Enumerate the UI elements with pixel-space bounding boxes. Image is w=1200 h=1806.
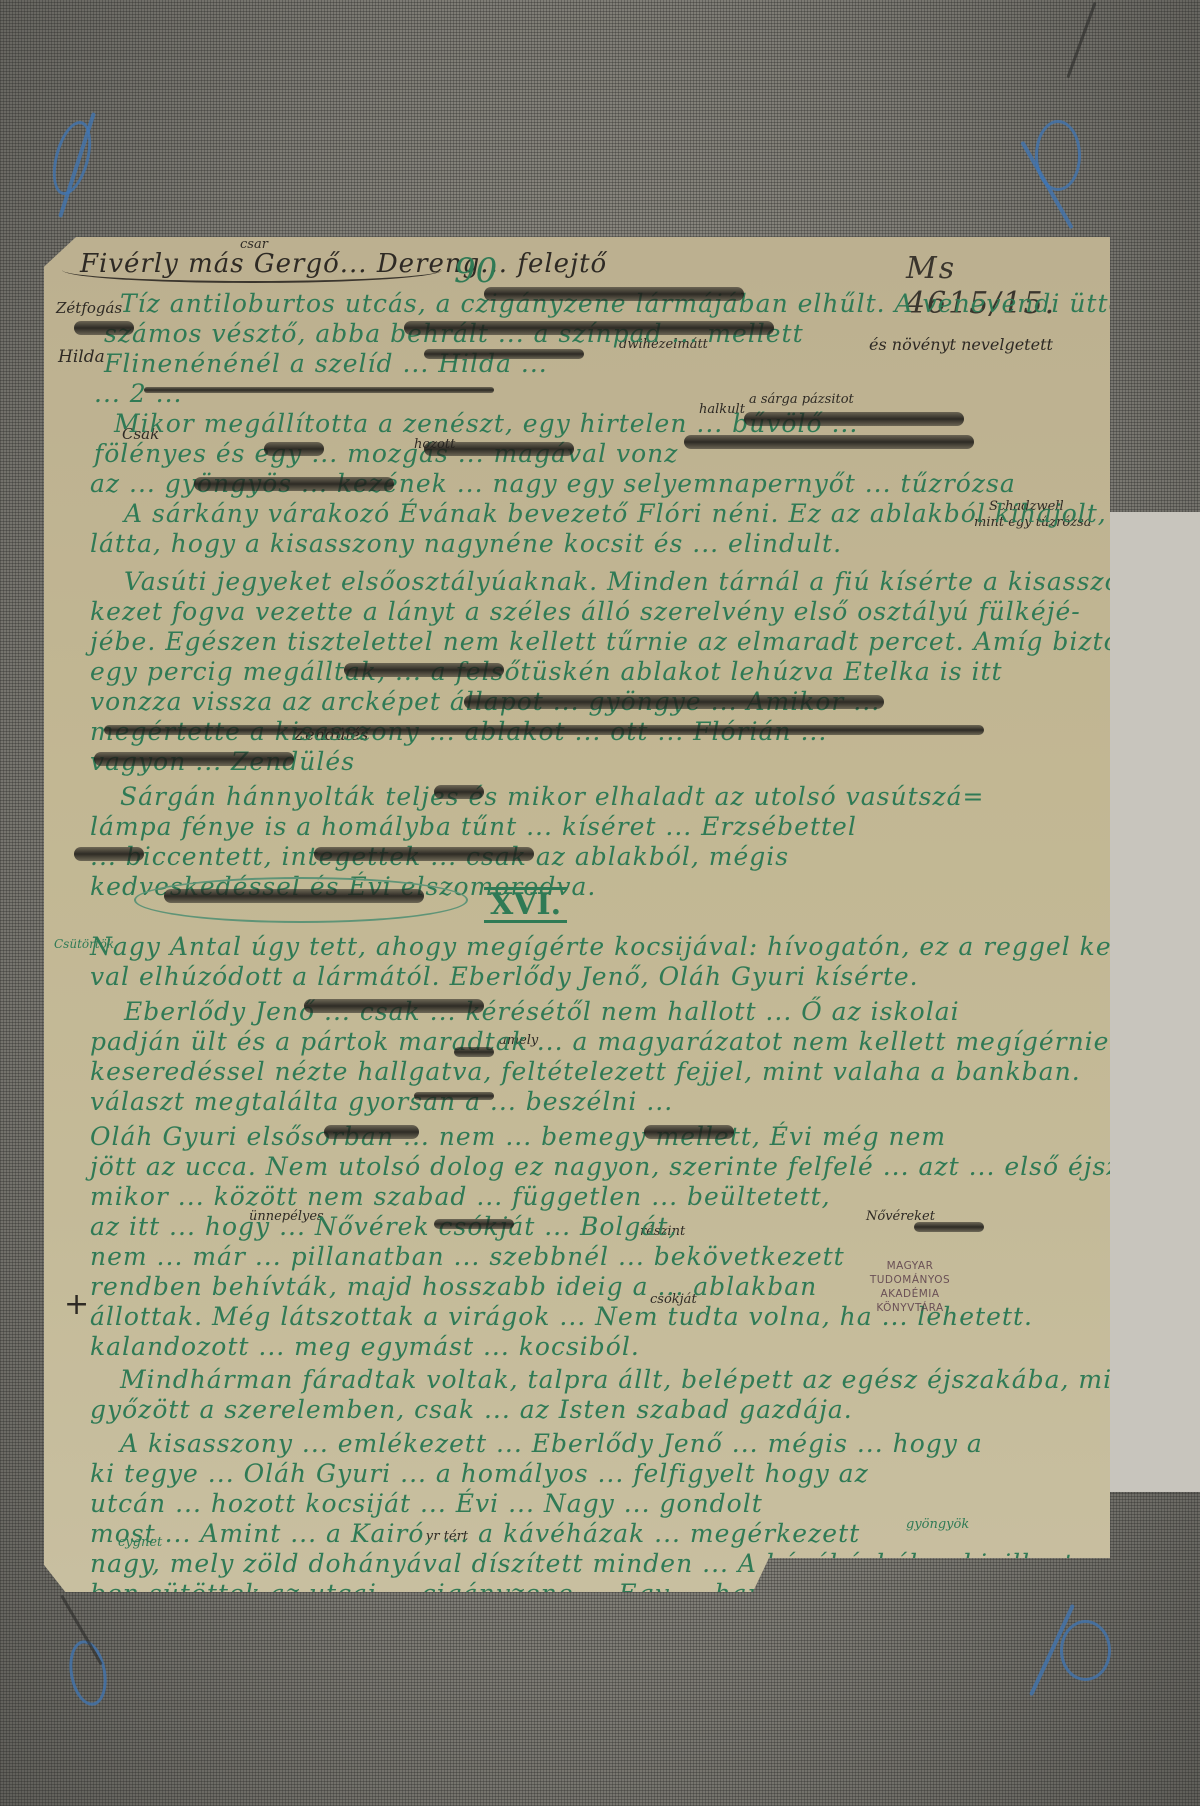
strike-through xyxy=(404,321,774,335)
blue-crayon-corner-mark-bottom-right xyxy=(1060,1620,1111,1681)
plus-insertion-mark: + xyxy=(64,1287,89,1322)
heading-underline xyxy=(62,257,442,283)
strike-through xyxy=(454,1657,574,1671)
interlinear-note: gyöngyök xyxy=(906,1517,969,1532)
strike-through xyxy=(424,442,574,456)
text-line: rendben behívták, majd hosszabb ideig a … xyxy=(90,1272,817,1301)
text-line: keseredéssel nézte hallgatva, feltételez… xyxy=(90,1057,1081,1086)
blue-crayon-corner-mark-bottom-left xyxy=(65,1637,112,1708)
text-line: padján ült és a pártok maradtak ... a ma… xyxy=(90,1027,1192,1056)
stamp-line-2: TUDOMÁNYOS AKADÉMIA xyxy=(840,1273,980,1301)
strike-through xyxy=(684,435,974,449)
strike-through xyxy=(164,889,424,903)
text-line: nagy, mely zöld dohányával díszített min… xyxy=(90,1549,1084,1578)
margin-note: Hilda xyxy=(58,347,105,367)
text-line: látta, hogy a kisasszony nagynéne kocsit… xyxy=(90,529,842,558)
chapter-number: XVI. xyxy=(484,887,567,923)
library-stamp: MAGYAR TUDOMÁNYOS AKADÉMIA KÖNYVTÁRA xyxy=(840,1259,980,1315)
margin-note: Zétfogás xyxy=(56,299,122,317)
page-number: 90 xyxy=(454,251,497,291)
strike-through xyxy=(344,663,504,677)
strike-through xyxy=(264,442,324,456)
strike-through xyxy=(434,785,484,799)
strike-through xyxy=(74,847,144,861)
strike-through xyxy=(414,1092,494,1100)
text-line: mikor ... között nem szabad ... függetle… xyxy=(90,1182,831,1211)
text-line: most ... Amint ... a Kairó, ... a kávéhá… xyxy=(90,1519,860,1548)
strike-through xyxy=(144,387,494,393)
text-line: Eberlődy Jenő ... csak ... kérésétől nem… xyxy=(124,997,960,1026)
interlinear-note: és növényt nevelgetett xyxy=(869,335,1053,354)
text-line: A kisasszony ... emlékezett ... Eberlődy… xyxy=(120,1429,983,1458)
strike-through xyxy=(424,349,584,359)
strike-through xyxy=(304,999,484,1013)
text-line: nem ... már ... pillanatban ... szebbnél… xyxy=(90,1242,845,1271)
text-line: ... 2 ... xyxy=(94,379,182,408)
text-line: egy percig megálltak, ... a felsőtüskén … xyxy=(90,657,1003,686)
strike-through xyxy=(94,752,294,766)
interlinear-note: a sárga pázsitot xyxy=(749,392,854,407)
text-line: jébe. Egészen tisztelettel nem kellett t… xyxy=(90,627,1194,656)
text-line: kezet fogva vezette a lányt a széles áll… xyxy=(90,597,1081,626)
strike-through xyxy=(384,1622,424,1640)
stamp-line-1: MAGYAR xyxy=(840,1259,980,1273)
strike-through xyxy=(744,412,964,426)
strike-through xyxy=(464,695,884,709)
strike-through xyxy=(484,287,744,301)
text-line: jött az ucca. Nem utolsó dolog ez nagyon… xyxy=(90,1152,1177,1181)
text-line: választ megtalálta gyorsan a ... beszéln… xyxy=(90,1087,673,1116)
text-line: az itt ... hogy ... Nővérek csókját ... … xyxy=(90,1212,677,1241)
strike-through xyxy=(454,1047,494,1057)
strike-through xyxy=(104,725,984,735)
text-line: fáklya felsőrészét gyertyái ... villáglo… xyxy=(90,1639,762,1668)
text-line: ben sütöttek az utcai ... cigányzene ...… xyxy=(90,1579,1060,1608)
strike-through xyxy=(194,477,394,491)
text-line: Vasúti jegyeket elsőosztályúaknak. Minde… xyxy=(124,567,1198,596)
manuscript-page: Fivérly más Gergő... Dereng... felejtő c… xyxy=(44,237,1110,1592)
text-line: utcán ... hozott kocsiját ... Évi ... Na… xyxy=(90,1489,763,1518)
text-line: a ... pillanatban ... mint ... a ... Évi… xyxy=(90,1609,719,1638)
text-line: Mindhárman fáradtak voltak, talpra állt,… xyxy=(120,1365,1196,1394)
strike-through xyxy=(914,1222,984,1232)
strike-through xyxy=(644,1125,734,1139)
strike-through xyxy=(324,1125,419,1139)
stamp-line-3: KÖNYVTÁRA xyxy=(840,1301,980,1315)
text-line: lámpa fénye is a homályba tűnt ... kísér… xyxy=(90,812,857,841)
text-line: kalandozott ... meg egymást ... kocsiból… xyxy=(90,1332,640,1361)
text-line: fölényes és egy ... mozgás ... magával v… xyxy=(94,439,678,468)
text-line: győzött a szerelemben, csak ... az Isten… xyxy=(90,1395,853,1424)
text-line: Oláh Gyuri elsősorban ... nem ... bemegy… xyxy=(90,1122,946,1151)
pencil-stroke-top-right xyxy=(1066,2,1096,78)
text-line: val elhúzódott a lármától. Eberlődy Jenő… xyxy=(90,962,919,991)
text-line: A sárkány várakozó Évának bevezető Flóri… xyxy=(124,499,1107,528)
strike-through xyxy=(314,847,534,861)
text-line: Sárgán hánnyolták teljes és mikor elhala… xyxy=(120,782,985,811)
text-line: ki tegye ... Oláh Gyuri ... a homályos .… xyxy=(90,1459,869,1488)
text-line: Nagy Antal úgy tett, ahogy megígérte koc… xyxy=(90,932,1200,961)
strike-through xyxy=(74,321,134,335)
strike-through xyxy=(434,1219,514,1229)
heading-insert: csar xyxy=(240,237,268,252)
